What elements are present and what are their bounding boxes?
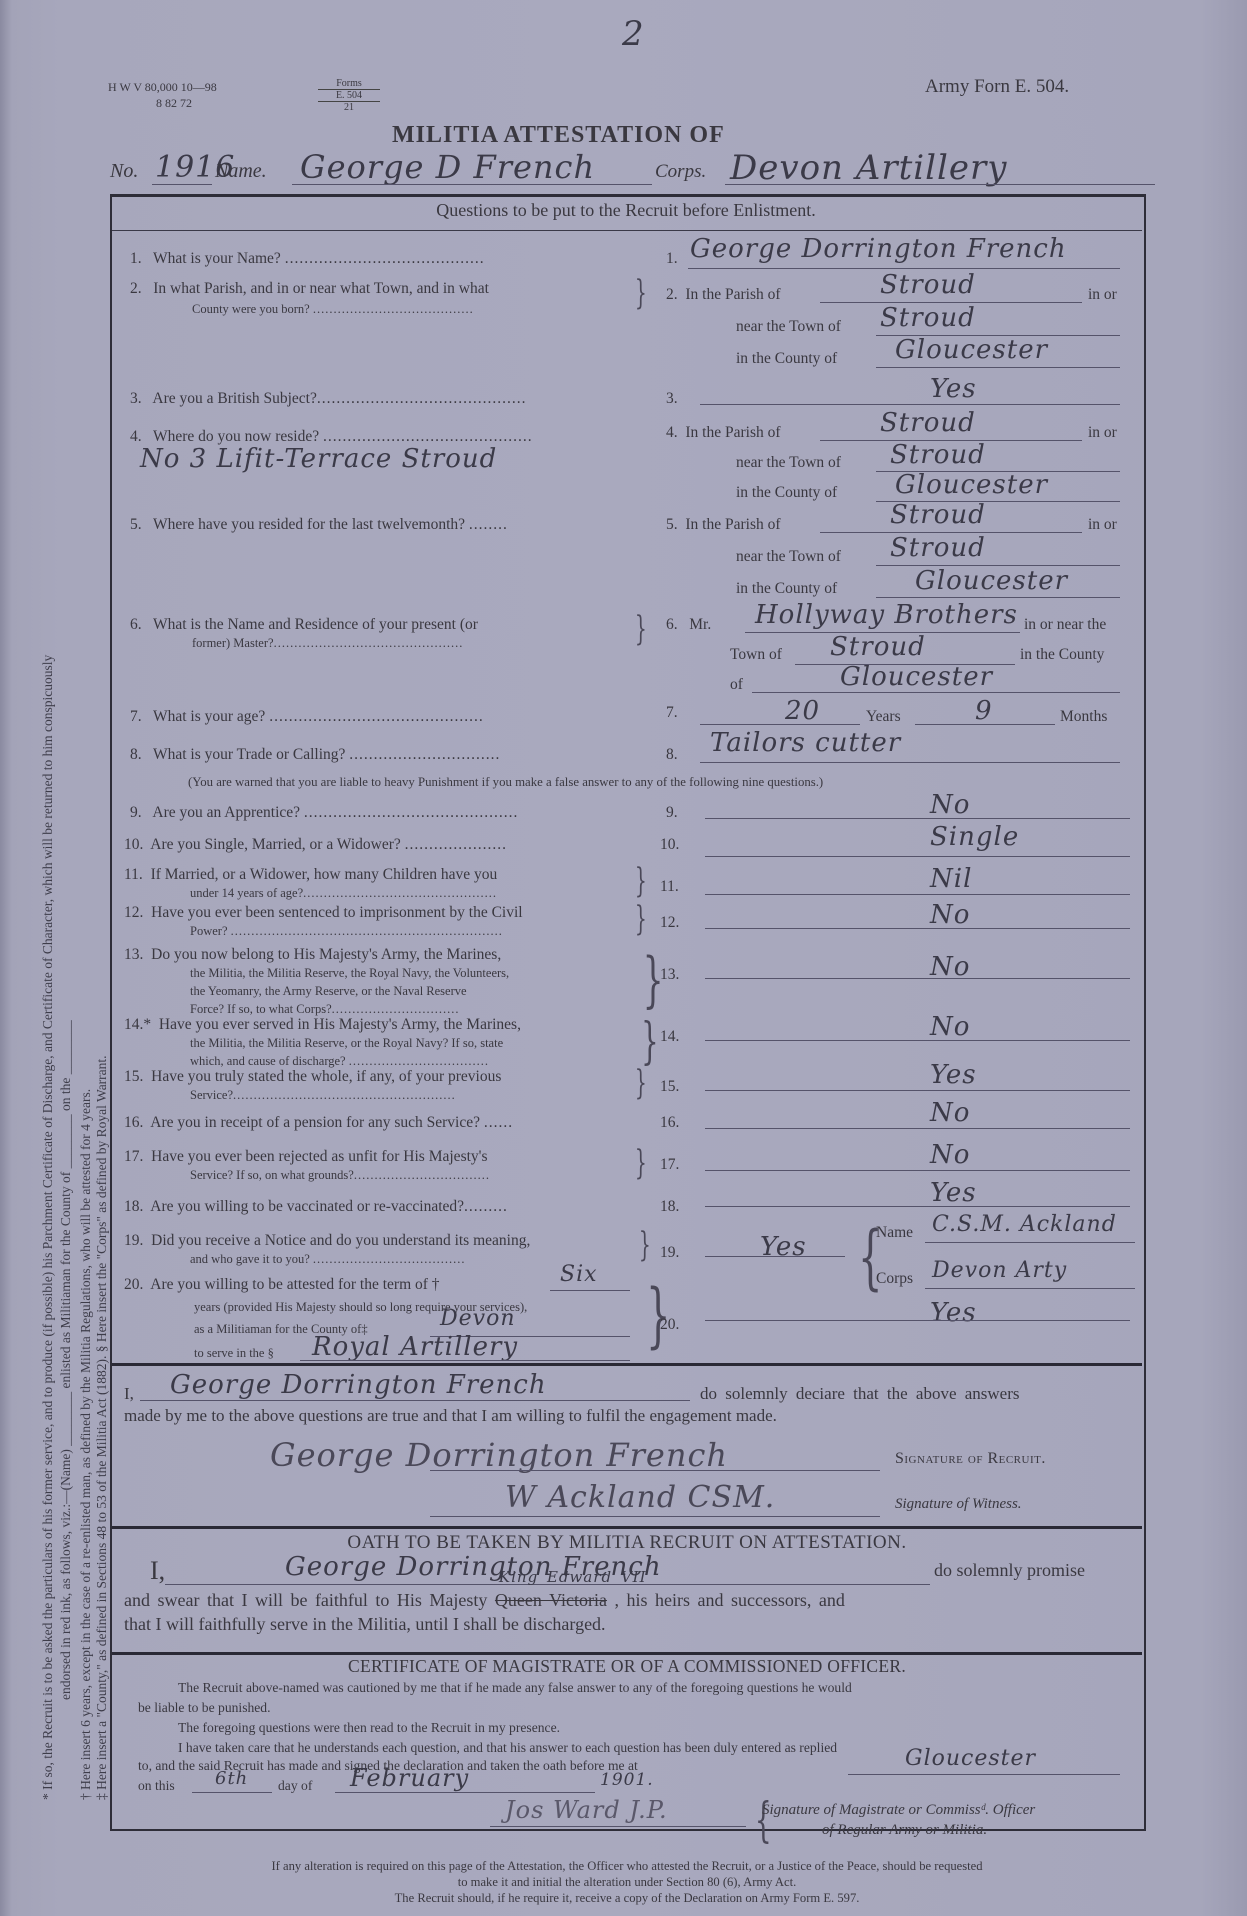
answer-num-4: 4. In the Parish of [666, 424, 781, 442]
notice-corps: Devon Arty [932, 1258, 1067, 1283]
answer-num-10: 10. [660, 836, 679, 854]
declaration-text-2: made by me to the above questions are tr… [124, 1406, 777, 1426]
in-or-4: in or [1088, 424, 1117, 442]
months-label: Months [1060, 708, 1107, 726]
question-18: 18. Are you willing to be vaccinated or … [124, 1198, 508, 1216]
answer-19: Yes [760, 1232, 807, 1262]
question-14-line3: which, and cause of discharge? .........… [190, 1054, 489, 1069]
oath-text-1: do solemnly promise [934, 1560, 1085, 1581]
question-20-line4: to serve in the § [194, 1346, 274, 1361]
question-19-line2: and who gave it to you? ................… [190, 1252, 466, 1267]
forms-sub: 21 [318, 102, 380, 113]
town-label-6: Town of [730, 646, 782, 664]
county-label-2: in the County of [736, 350, 837, 368]
question-12: 12. Have you ever been sentenced to impr… [124, 904, 523, 922]
answer-num-14: 14. [660, 1028, 679, 1046]
attestation-month: February [350, 1764, 469, 1792]
name-value: George D French [300, 148, 595, 186]
magistrate-label-2: of Regular Army or Militia. [822, 1822, 987, 1839]
recruit-signature: George Dorrington French [270, 1436, 728, 1474]
question-12-line2: Power? .................................… [190, 924, 503, 939]
question-14: 14.* Have you ever served in His Majesty… [124, 1016, 521, 1034]
answer-num-11: 11. [660, 878, 679, 896]
answer-num-8: 8. [666, 746, 678, 764]
oath-text-3: that I will faithfully serve in the Mili… [124, 1614, 606, 1635]
answer-2-parish: Stroud [880, 270, 976, 300]
in-county-6: in the County [1020, 646, 1104, 664]
footer-line-3: The Recruit should, if he require it, re… [112, 1890, 1142, 1906]
day-of-label: day of [278, 1778, 312, 1794]
witness-signature-label: Signature of Witness. [895, 1496, 1022, 1513]
militia-county: Devon [440, 1306, 516, 1331]
margin-note-star: * If so, the Recruit is to be asked the … [40, 655, 56, 1800]
attestation-year: 1901. [600, 1770, 654, 1790]
answer-num-12: 12. [660, 914, 679, 932]
question-8: 8. What is your Trade or Calling? ......… [130, 746, 500, 764]
answer-7-months: 9 [975, 696, 993, 726]
answer-15: Yes [930, 1060, 977, 1090]
attestation-page: 2 H W V 80,000 10—98 8 82 72 Forms E. 50… [0, 0, 1247, 1916]
form-title: MILITIA ATTESTATION OF [392, 122, 725, 149]
corps-label: Corps. [655, 161, 706, 183]
forms-label: Forms [318, 78, 380, 89]
in-or-5: in or [1088, 516, 1117, 534]
town-label-4: near the Town of [736, 454, 841, 472]
question-20: 20. Are you willing to be attested for t… [124, 1276, 440, 1294]
declaration-prefix: I, [124, 1384, 134, 1404]
question-10: 10. Are you Single, Married, or a Widowe… [124, 836, 507, 854]
answer-14: No [930, 1012, 970, 1042]
answer-6-town: Stroud [830, 632, 926, 662]
question-6-line2: former) Master?.........................… [192, 636, 463, 651]
answer-5-county: Gloucester [915, 566, 1068, 596]
forms-ref: Forms E. 504 21 [318, 78, 380, 113]
answer-4-parish: Stroud [880, 408, 976, 438]
question-13-line2: the Militia, the Militia Reserve, the Ro… [190, 966, 509, 981]
margin-note-dagger: † Here insert 6 years, except in the cas… [78, 1089, 94, 1800]
notice-given-by: C.S.M. Ackland [932, 1212, 1117, 1237]
no-label: No. [110, 160, 138, 183]
answer-num-5: 5. In the Parish of [666, 516, 781, 534]
recruit-signature-label: Signature of Recruit. [895, 1450, 1046, 1468]
years-label: Years [866, 708, 901, 726]
term-years: Six [560, 1262, 598, 1287]
answer-20: Yes [930, 1298, 977, 1328]
on-this-label: on this [138, 1778, 175, 1794]
question-11: 11. If Married, or a Widower, how many C… [124, 866, 497, 884]
question-7: 7. What is your age? ...................… [130, 708, 484, 726]
answer-num-19: 19. [660, 1244, 679, 1262]
answer-17: No [930, 1140, 970, 1170]
question-3: 3. Are you a British Subject?...........… [130, 390, 526, 408]
attestation-place: Gloucester [905, 1746, 1036, 1771]
oath-prefix: I, [150, 1556, 165, 1586]
town-label-2: near the Town of [736, 318, 841, 336]
answer-num-13: 13. [660, 966, 679, 984]
margin-note-double-dagger: ‡ Here insert a "County," as defined in … [94, 1055, 110, 1800]
print-code-2: 8 82 72 [156, 96, 192, 111]
question-9: 9. Are you an Apprentice? ..............… [130, 804, 518, 822]
in-or-2: in or [1088, 286, 1117, 304]
answer-num-17: 17. [660, 1156, 679, 1174]
certificate-p1b: be liable to be punished. [138, 1700, 271, 1716]
question-13-line3: the Yeomanry, the Army Reserve, or the N… [190, 984, 467, 999]
question-14-line2: the Militia, the Militia Reserve, or the… [190, 1036, 503, 1051]
answer-num-15: 15. [660, 1078, 679, 1096]
answer-9: No [930, 790, 970, 820]
answer-4-county: Gloucester [895, 470, 1048, 500]
answer-12: No [930, 900, 970, 930]
question-15: 15. Have you truly stated the whole, if … [124, 1068, 501, 1086]
struck-sovereign: Queen Victoria [495, 1590, 607, 1610]
answer-6-county: Gloucester [840, 662, 993, 692]
witness-signature: W Ackland CSM. [505, 1480, 775, 1515]
footer-line-2: to make it and initial the alteration un… [112, 1874, 1142, 1890]
answer-16: No [930, 1098, 970, 1128]
margin-note-star-2: endorsed in red ink, as follows, viz.:—(… [58, 1020, 74, 1700]
inserted-sovereign: King Edward VII [499, 1568, 647, 1586]
name-label: Name. [215, 160, 267, 183]
false-answer-warning: (You are warned that you are liable to h… [188, 775, 823, 790]
town-label-5: near the Town of [736, 548, 841, 566]
answer-num-20: 20. [660, 1316, 679, 1334]
residence-answer: No 3 Lifit-Terrace Stroud [140, 444, 497, 474]
answer-num-6: 6. Mr. [666, 616, 711, 634]
oath-text-2: and swear that I will be faithful to His… [124, 1590, 845, 1611]
answer-11: Nil [930, 864, 972, 894]
footer-line-1: If any alteration is required on this pa… [112, 1858, 1142, 1874]
answer-num-1: 1. [666, 250, 678, 268]
question-1: 1. What is your Name? ..................… [130, 250, 485, 268]
army-form-number: Army Forn E. 504. [925, 76, 1069, 98]
question-13-line4: Force? If so, to what Corps?............… [190, 1002, 460, 1017]
magistrate-label-1: Signature of Magistrate or Commissᵈ. Off… [762, 1802, 1035, 1819]
answer-num-18: 18. [660, 1198, 679, 1216]
answer-num-16: 16. [660, 1114, 679, 1132]
question-16: 16. Are you in receipt of a pension for … [124, 1114, 513, 1132]
answer-5-parish: Stroud [890, 500, 986, 530]
certificate-title: CERTIFICATE OF MAGISTRATE OR OF A COMMIS… [112, 1656, 1142, 1677]
answer-3: Yes [930, 374, 977, 404]
corps-value: Devon Artillery [730, 148, 1007, 188]
magistrate-signature: Jos Ward J.P. [505, 1796, 668, 1824]
certificate-p2: The foregoing questions were then read t… [178, 1720, 560, 1736]
in-or-near-6: in or near the [1024, 616, 1106, 634]
question-2-line2: County were you born? ..................… [192, 302, 474, 317]
answer-4-town: Stroud [890, 440, 986, 470]
question-19: 19. Did you receive a Notice and do you … [124, 1232, 530, 1250]
question-2: 2. In what Parish, and in or near what T… [130, 280, 489, 298]
question-11-line2: under 14 years of age?..................… [190, 886, 497, 901]
question-13: 13. Do you now belong to His Majesty's A… [124, 946, 501, 964]
county-label-4: in the County of [736, 484, 837, 502]
serve-in-corps: Royal Artillery [312, 1332, 518, 1362]
footer-notes: If any alteration is required on this pa… [112, 1858, 1142, 1906]
answer-18: Yes [930, 1178, 977, 1208]
answer-10: Single [930, 822, 1019, 852]
answer-8: Tailors cutter [710, 728, 901, 758]
answer-num-2: 2. In the Parish of [666, 286, 781, 304]
answer-num-9: 9. [666, 804, 678, 822]
answer-5-town: Stroud [890, 533, 986, 563]
answer-num-3: 3. [666, 390, 678, 408]
of-label-6: of [730, 676, 743, 694]
questions-heading: Questions to be put to the Recruit befor… [110, 200, 1142, 221]
question-17: 17. Have you ever been rejected as unfit… [124, 1148, 487, 1166]
answer-6-master: Hollyway Brothers [755, 600, 1018, 630]
question-17-line2: Service? If so, on what grounds?........… [190, 1168, 490, 1183]
page-number: 2 [622, 14, 645, 54]
question-15-line2: Service?................................… [190, 1088, 456, 1103]
certificate-p3: I have taken care that he understands ea… [178, 1740, 837, 1756]
forms-number: E. 504 [318, 89, 380, 102]
county-label-5: in the County of [736, 580, 837, 598]
attestation-day: 6th [215, 1768, 248, 1789]
notice-name-label: Name [876, 1224, 913, 1242]
answer-num-7: 7. [666, 704, 678, 722]
answer-1: George Dorrington French [690, 234, 1067, 264]
question-6: 6. What is the Name and Residence of you… [130, 616, 478, 634]
certificate-p1: The Recruit above-named was cautioned by… [178, 1680, 852, 1696]
answer-2-county: Gloucester [895, 335, 1048, 365]
oath-title: OATH TO BE TAKEN BY MILITIA RECRUIT ON A… [112, 1532, 1142, 1554]
question-5: 5. Where have you resided for the last t… [130, 516, 508, 534]
declaration-text-1: do solemnly deciare that the above answe… [700, 1384, 1020, 1404]
answer-2-town: Stroud [880, 303, 976, 333]
notice-corps-label: Corps [876, 1270, 913, 1288]
declaration-name: George Dorrington French [170, 1370, 547, 1400]
print-code: H W V 80,000 10—98 [108, 80, 217, 95]
answer-7-years: 20 [785, 696, 820, 726]
